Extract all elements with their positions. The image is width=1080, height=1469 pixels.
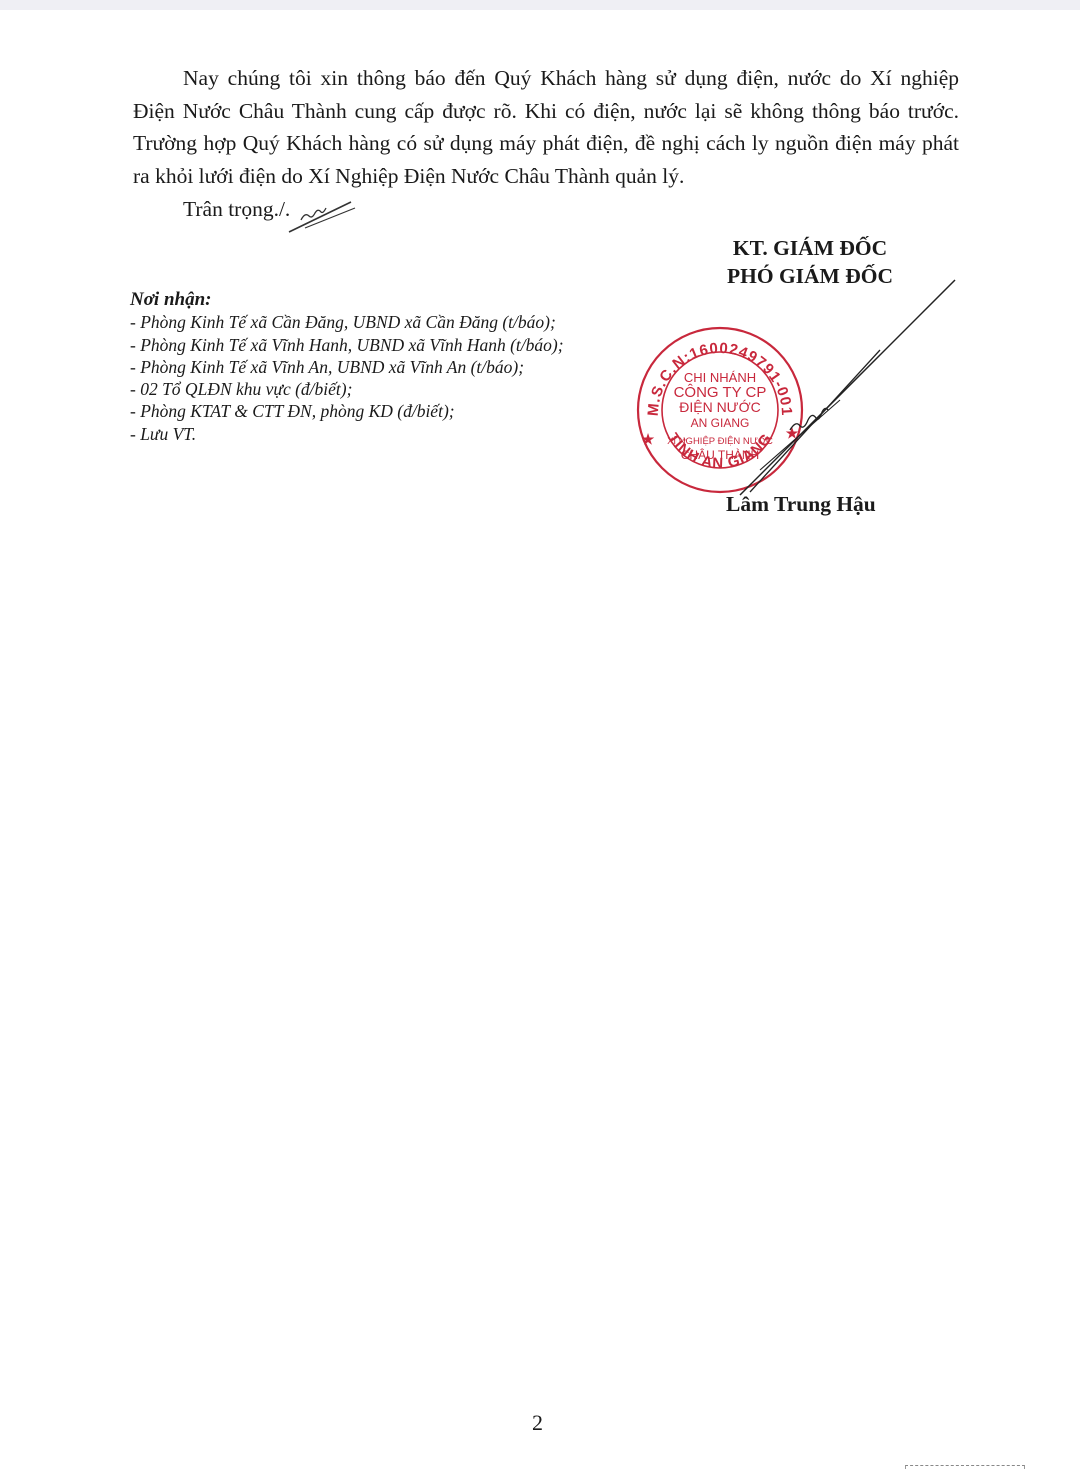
handwritten-signature	[730, 270, 960, 500]
recipients-list: Nơi nhận: - Phòng Kinh Tế xã Cần Đăng, U…	[130, 289, 564, 445]
body-line: ra khỏi lưới điện do Xí Nghiệp Điện Nước…	[133, 160, 959, 193]
page-number: 2	[532, 1410, 543, 1436]
body-line: Trường hợp Quý Khách hàng có sử dụng máy…	[133, 127, 959, 160]
viewer-top-bar	[0, 0, 1080, 10]
initials-mark	[285, 196, 357, 236]
recipient-item: - Phòng KTAT & CTT ĐN, phòng KD (đ/biết)…	[130, 400, 564, 422]
body-line: Nay chúng tôi xin thông báo đến Quý Khác…	[133, 62, 959, 95]
signature-title-line1: KT. GIÁM ĐỐC	[700, 234, 920, 262]
recipient-item: - Lưu VT.	[130, 423, 564, 445]
closing-text: Trân trọng./.	[183, 197, 290, 222]
viewer-bottom-handle	[905, 1465, 1025, 1469]
body-paragraph: Nay chúng tôi xin thông báo đến Quý Khác…	[133, 62, 959, 192]
recipient-item: - Phòng Kinh Tế xã Vĩnh Hanh, UBND xã Vĩ…	[130, 334, 564, 356]
recipients-title: Nơi nhận:	[130, 289, 564, 311]
svg-text:★: ★	[642, 431, 655, 447]
signer-name: Lâm Trung Hậu	[726, 492, 876, 517]
recipient-item: - Phòng Kinh Tế xã Cần Đăng, UBND xã Cần…	[130, 311, 564, 333]
recipient-item: - 02 Tổ QLĐN khu vực (đ/biết);	[130, 378, 564, 400]
recipient-item: - Phòng Kinh Tế xã Vĩnh An, UBND xã Vĩnh…	[130, 356, 564, 378]
body-line: Điện Nước Châu Thành cung cấp được rõ. K…	[133, 95, 959, 128]
